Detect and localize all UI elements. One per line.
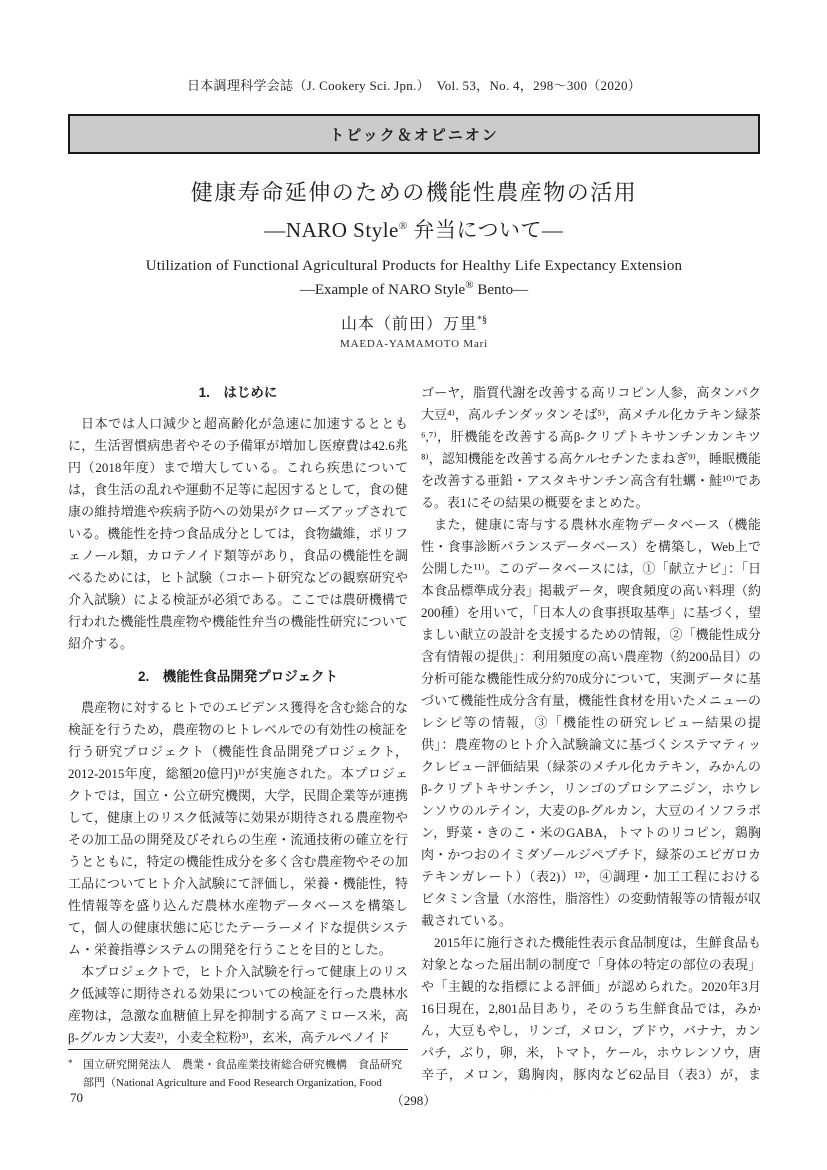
labeling-system-paragraph: 2015年に施行された機能性表示食品制度は，生鮮食品も対象となった届出制の制度で… bbox=[421, 932, 760, 1090]
article-body: 1. はじめに 日本では人口減少と超高齢化が急速に加速するとともに，生活習慣病患… bbox=[68, 382, 760, 1090]
journal-header: 日本調理科学会誌（J. Cookery Sci. Jpn.） Vol. 53，N… bbox=[68, 75, 760, 94]
footnotes: * 国立研究開発法人 農業・食品産業技術総合研究機構 食品研究部門（Nation… bbox=[68, 1049, 408, 1090]
verified-products-paragraph-left: 本プロジェクトで，ヒト介入試験を行って健康上のリスク低減等に期待される効果につい… bbox=[68, 961, 408, 1049]
verified-products-paragraph-right: ゴーヤ，脂質代謝を改善する高リコピン人参，高タンパク大豆⁴⁾，高ルチンダッタンそ… bbox=[421, 382, 760, 514]
registered-mark: ® bbox=[399, 220, 408, 232]
article-subtitle-pre: ―NARO Style bbox=[264, 218, 398, 242]
author-romanized: MAEDA-YAMAMOTO Mari bbox=[68, 338, 760, 350]
topic-banner-label: トピック＆オピニオン bbox=[329, 124, 498, 145]
footnote-affiliation-text: 国立研究開発法人 農業・食品産業技術総合研究機構 食品研究部門（National… bbox=[83, 1057, 408, 1090]
journal-page-number: （298） bbox=[0, 1090, 827, 1109]
article-subtitle: ―NARO Style® 弁当について― bbox=[68, 214, 760, 244]
topic-banner: トピック＆オピニオン bbox=[68, 114, 760, 154]
right-column: ゴーヤ，脂質代謝を改善する高リコピン人参，高タンパク大豆⁴⁾，高ルチンダッタンそ… bbox=[421, 382, 760, 1090]
database-paragraph: また，健康に寄与する農林水産物データベース（機能性・食事診断バランスデータベース… bbox=[421, 514, 760, 932]
article-subtitle-post: 弁当について― bbox=[408, 218, 564, 242]
author-line: 山本（前田）万里*§ bbox=[68, 311, 760, 334]
article-subtitle-en-pre: ―Example of NARO Style bbox=[300, 282, 465, 298]
intro-paragraph: 日本では人口減少と超高齢化が急速に加速するとともに，生活習慣病患者やその予備軍が… bbox=[68, 413, 408, 655]
section-1-heading: 1. はじめに bbox=[68, 382, 408, 404]
author-name: 山本（前田）万里 bbox=[341, 316, 477, 333]
left-column: 1. はじめに 日本では人口減少と超高齢化が急速に加速するとともに，生活習慣病患… bbox=[68, 382, 408, 1090]
footnote-affiliation-marker: * bbox=[68, 1055, 83, 1090]
article-subtitle-en-post: Bento― bbox=[474, 282, 529, 298]
author-marks: *§ bbox=[477, 315, 487, 326]
article-subtitle-en: ―Example of NARO Style® Bento― bbox=[68, 279, 760, 299]
journal-page: 日本調理科学会誌（J. Cookery Sci. Jpn.） Vol. 53，N… bbox=[0, 0, 827, 1170]
registered-mark-en: ® bbox=[465, 279, 473, 291]
article-title: 健康寿命延伸のための機能性農産物の活用 bbox=[68, 176, 760, 207]
project-paragraph: 農産物に対するヒトでのエビデンス獲得を含む総合的な検証を行うため，農産物のヒトレ… bbox=[68, 697, 408, 961]
footnote-affiliation: * 国立研究開発法人 農業・食品産業技術総合研究機構 食品研究部門（Nation… bbox=[68, 1057, 408, 1090]
article-title-en: Utilization of Functional Agricultural P… bbox=[68, 258, 760, 275]
section-2-heading: 2. 機能性食品開発プロジェクト bbox=[68, 666, 408, 688]
